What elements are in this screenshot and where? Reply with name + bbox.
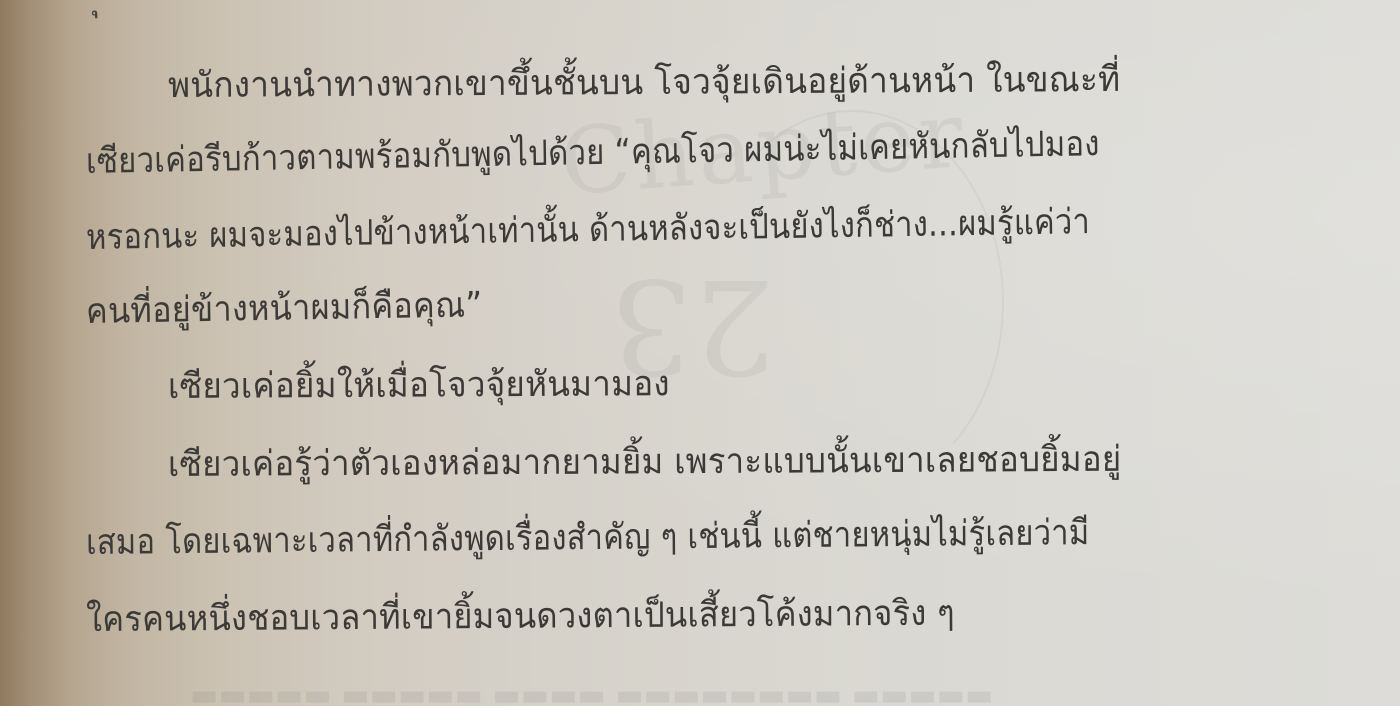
paragraph-3-line-2: เสมอ โดยเฉพาะเวลาที่กำลังพูดเรื่องสำคัญ …: [86, 511, 1090, 565]
paragraph-1-line-1: พนักงานนำทางพวกเขาขึ้นชั้นบน โจวจุ้ยเดิน…: [168, 58, 1121, 108]
paragraph-3-line-3: ใครคนหนึ่งชอบเวลาที่เขายิ้มจนดวงตาเป็นเส…: [86, 592, 955, 642]
paragraph-1-line-2: เซียวเค่อรีบก้าวตามพร้อมกับพูดไปด้วย “คุ…: [86, 122, 1100, 184]
paragraph-1-line-3: หรอกนะ ผมจะมองไปข้างหน้าเท่านั้น ด้านหลั…: [86, 200, 1091, 260]
paragraph-3-line-1: เซียวเค่อรู้ว่าตัวเองหล่อมากยามยิ้ม เพรา…: [168, 438, 1122, 487]
book-page: ุ พนักงานนำทางพวกเขาขึ้นชั้นบน โจวจุ้ยเด…: [0, 0, 1400, 706]
paragraph-2-line-1: เซียวเค่อยิ้มให้เมื่อโจวจุ้ยหันมามอง: [168, 362, 670, 409]
paragraph-1-line-4: คนที่อยู่ข้างหน้าผมก็คือคุณ”: [86, 283, 483, 334]
